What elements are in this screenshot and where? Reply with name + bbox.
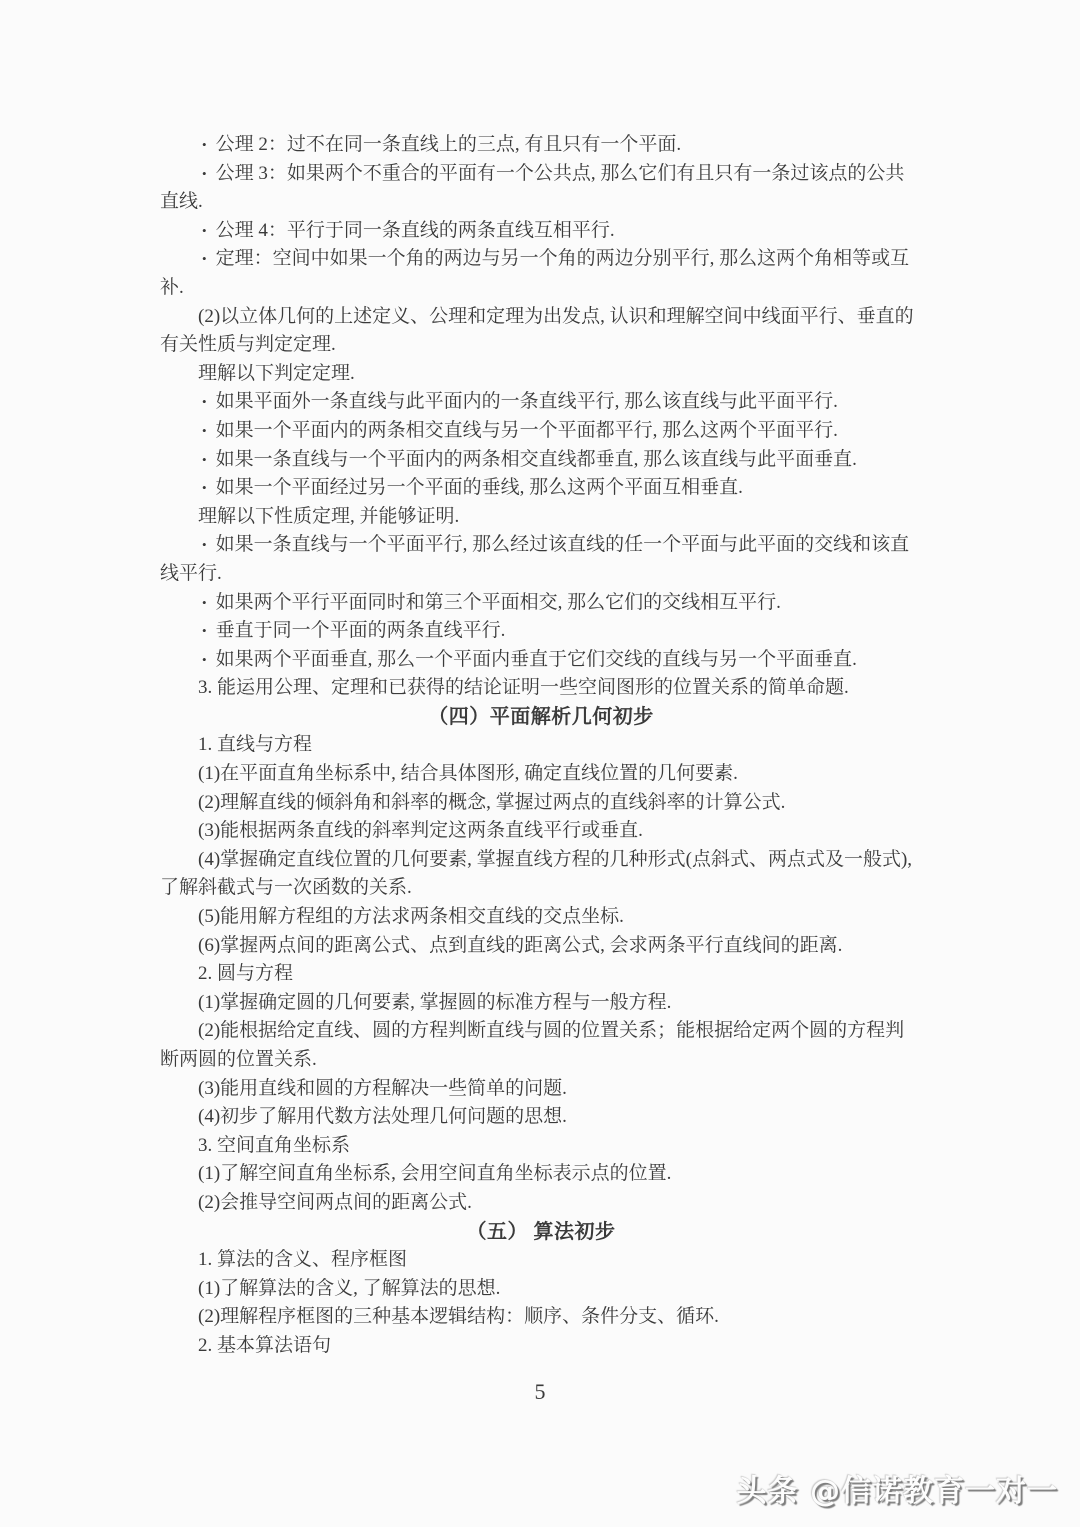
bullet-icon: • <box>202 394 207 409</box>
text-line: (4)初步了解用代数方法处理几何问题的思想. <box>160 1103 922 1132</box>
bullet-icon: • <box>202 251 207 266</box>
text-line: 了解斜截式与一次函数的关系. <box>160 874 922 903</box>
page-number: 5 <box>0 1378 1080 1407</box>
bullet-icon: • <box>202 595 207 610</box>
text-line: (1)在平面直角坐标系中, 结合具体图形, 确定直线位置的几何要素. <box>160 760 922 789</box>
bullet-line: •垂直于同一个平面的两条直线平行. <box>160 617 922 646</box>
watermark-text: 头条 @信诺教育一对一 <box>737 1466 1058 1510</box>
text-line: 补. <box>160 274 922 303</box>
bullet-line: •公理 2：过不在同一条直线上的三点, 有且只有一个平面. <box>160 131 922 160</box>
bullet-line: •公理 4：平行于同一条直线的两条直线互相平行. <box>160 217 922 246</box>
bullet-icon: • <box>202 137 207 152</box>
section-heading: （五） 算法初步 <box>160 1218 922 1247</box>
text-line: (3)能根据两条直线的斜率判定这两条直线平行或垂直. <box>160 817 922 846</box>
text-line: (2)能根据给定直线、圆的方程判断直线与圆的位置关系；能根据给定两个圆的方程判 <box>160 1017 922 1046</box>
text-line: (6)掌握两点间的距离公式、点到直线的距离公式, 会求两条平行直线间的距离. <box>160 932 922 961</box>
text-line: (4)掌握确定直线位置的几何要素, 掌握直线方程的几种形式(点斜式、两点式及一般… <box>160 846 922 875</box>
bullet-line: •如果平面外一条直线与此平面内的一条直线平行, 那么该直线与此平面平行. <box>160 388 922 417</box>
text-line: (3)能用直线和圆的方程解决一些简单的问题. <box>160 1075 922 1104</box>
text-line: (2)会推导空间两点间的距离公式. <box>160 1189 922 1218</box>
bullet-icon: • <box>202 166 207 181</box>
text-line: 直线. <box>160 188 922 217</box>
text-line: (5)能用解方程组的方法求两条相交直线的交点坐标. <box>160 903 922 932</box>
section-heading: （四）平面解析几何初步 <box>160 703 922 732</box>
bullet-icon: • <box>202 223 207 238</box>
text-line: (1)了解算法的含义, 了解算法的思想. <box>160 1275 922 1304</box>
text-line: (2)以立体几何的上述定义、公理和定理为出发点, 认识和理解空间中线面平行、垂直… <box>160 303 922 332</box>
text-line: (1)了解空间直角坐标系, 会用空间直角坐标表示点的位置. <box>160 1160 922 1189</box>
text-line: 有关性质与判定定理. <box>160 331 922 360</box>
text-line: 2. 圆与方程 <box>160 960 922 989</box>
bullet-line: •定理：空间中如果一个角的两边与另一个角的两边分别平行, 那么这两个角相等或互 <box>160 245 922 274</box>
text-line: 3. 能运用公理、定理和已获得的结论证明一些空间图形的位置关系的简单命题. <box>160 674 922 703</box>
document-body: •公理 2：过不在同一条直线上的三点, 有且只有一个平面.•公理 3：如果两个不… <box>160 131 922 1361</box>
text-line: 线平行. <box>160 560 922 589</box>
text-line: (2)理解程序框图的三种基本逻辑结构：顺序、条件分支、循环. <box>160 1303 922 1332</box>
text-line: 3. 空间直角坐标系 <box>160 1132 922 1161</box>
bullet-icon: • <box>202 652 207 667</box>
text-line: 1. 算法的含义、程序框图 <box>160 1246 922 1275</box>
text-line: 理解以下判定定理. <box>160 360 922 389</box>
text-line: 2. 基本算法语句 <box>160 1332 922 1361</box>
bullet-line: •如果两个平行平面同时和第三个平面相交, 那么它们的交线相互平行. <box>160 589 922 618</box>
bullet-icon: • <box>202 537 207 552</box>
bullet-line: •如果一个平面经过另一个平面的垂线, 那么这两个平面互相垂直. <box>160 474 922 503</box>
bullet-icon: • <box>202 623 207 638</box>
bullet-icon: • <box>202 452 207 467</box>
document-page: { "page": { "background": "#fbfbfb", "te… <box>0 0 1080 1527</box>
bullet-line: •如果一个平面内的两条相交直线与另一个平面都平行, 那么这两个平面平行. <box>160 417 922 446</box>
bullet-icon: • <box>202 480 207 495</box>
bullet-line: •如果一条直线与一个平面内的两条相交直线都垂直, 那么该直线与此平面垂直. <box>160 446 922 475</box>
text-line: 1. 直线与方程 <box>160 731 922 760</box>
bullet-line: •如果一条直线与一个平面平行, 那么经过该直线的任一个平面与此平面的交线和该直 <box>160 531 922 560</box>
bullet-line: •如果两个平面垂直, 那么一个平面内垂直于它们交线的直线与另一个平面垂直. <box>160 646 922 675</box>
text-line: 理解以下性质定理, 并能够证明. <box>160 503 922 532</box>
bullet-icon: • <box>202 423 207 438</box>
text-line: (1)掌握确定圆的几何要素, 掌握圆的标准方程与一般方程. <box>160 989 922 1018</box>
text-line: (2)理解直线的倾斜角和斜率的概念, 掌握过两点的直线斜率的计算公式. <box>160 789 922 818</box>
text-line: 断两圆的位置关系. <box>160 1046 922 1075</box>
bullet-line: •公理 3：如果两个不重合的平面有一个公共点, 那么它们有且只有一条过该点的公共 <box>160 160 922 189</box>
